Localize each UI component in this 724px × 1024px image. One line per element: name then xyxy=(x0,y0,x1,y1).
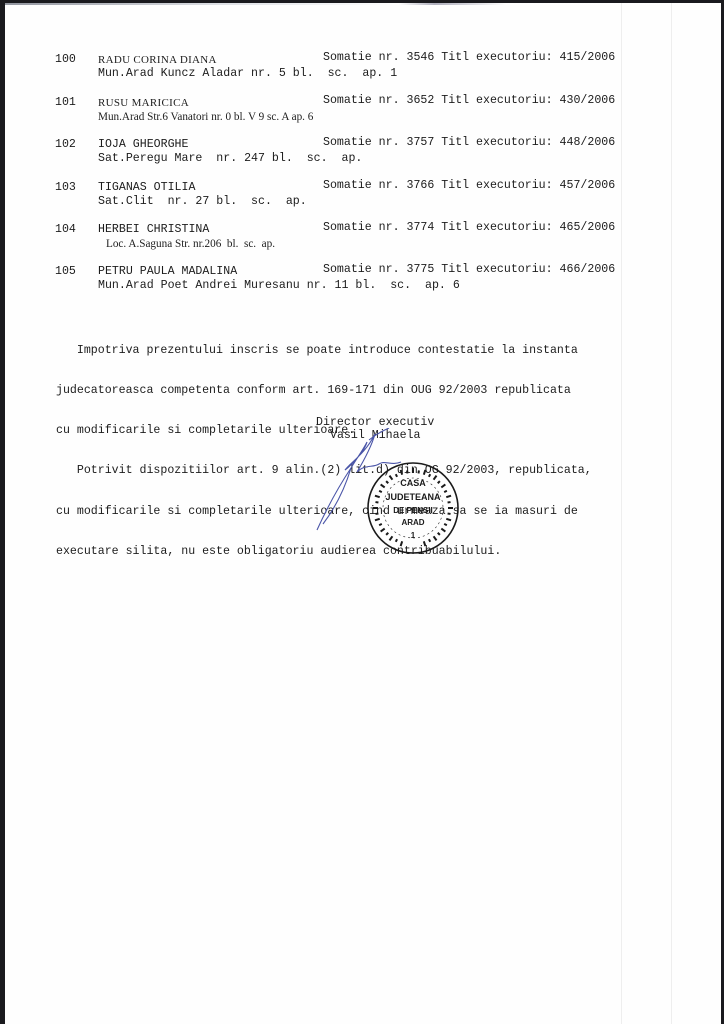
debtor-address: Mun.Arad Poet Andrei Muresanu nr. 11 bl.… xyxy=(98,279,460,293)
debtor-name: RUSU MARICICA xyxy=(98,96,189,110)
debtor-address: Sat.Peregu Mare nr. 247 bl. sc. ap. xyxy=(98,152,362,166)
somatie-reference: Somatie nr. 3766 Titl executoriu: 457/20… xyxy=(323,179,615,193)
somatie-reference: Somatie nr. 3774 Titl executoriu: 465/20… xyxy=(323,221,615,235)
handwritten-signature xyxy=(317,428,401,530)
debtor-address: Loc. A.Saguna Str. nr.206 bl. sc. ap. xyxy=(106,237,275,251)
entry-number: 101 xyxy=(55,96,76,110)
debtor-name: TIGANAS OTILIA xyxy=(98,181,195,195)
stamp-line: 1 xyxy=(411,531,416,540)
entry-number: 104 xyxy=(55,223,76,237)
official-stamp: CASA JUDETEANA DE PENSII ARAD 1 xyxy=(305,428,475,568)
entry-number: 105 xyxy=(55,265,76,279)
document-page: 100 RADU CORINA DIANA Somatie nr. 3546 T… xyxy=(5,3,721,1024)
somatie-reference: Somatie nr. 3775 Titl executoriu: 466/20… xyxy=(323,263,615,277)
debtor-name: RADU CORINA DIANA xyxy=(98,53,217,67)
debtor-name: IOJA GHEORGHE xyxy=(98,138,188,152)
debtor-address: Sat.Clit nr. 27 bl. sc. ap. xyxy=(98,195,307,209)
somatie-reference: Somatie nr. 3757 Titl executoriu: 448/20… xyxy=(323,136,615,150)
legal-notice-line: Impotriva prezentului inscris se poate i… xyxy=(56,344,592,357)
somatie-reference: Somatie nr. 3652 Titl executoriu: 430/20… xyxy=(323,94,615,108)
entry-number: 103 xyxy=(55,181,76,195)
stamp-line: DE PENSII xyxy=(393,506,433,515)
entry-number: 100 xyxy=(55,53,76,67)
scan-edge-shade xyxy=(5,3,721,5)
debtor-address: Mun.Arad Str.6 Vanatori nr. 0 bl. V 9 sc… xyxy=(98,110,313,124)
debtor-name: PETRU PAULA MADALINA xyxy=(98,265,237,279)
stamp-line: ARAD xyxy=(401,518,424,527)
legal-notice-line: judecatoreasca competenta conform art. 1… xyxy=(56,384,592,397)
signature-block: Director executiv Vasil Mihaela xyxy=(5,416,33,470)
somatie-reference: Somatie nr. 3546 Titl executoriu: 415/20… xyxy=(323,51,615,65)
debtor-name: HERBEI CHRISTINA xyxy=(98,223,209,237)
stamp-line: CASA xyxy=(400,478,426,488)
stamp-line: JUDETEANA xyxy=(385,492,441,502)
debtor-address: Mun.Arad Kuncz Aladar nr. 5 bl. sc. ap. … xyxy=(98,67,397,81)
entry-number: 102 xyxy=(55,138,76,152)
